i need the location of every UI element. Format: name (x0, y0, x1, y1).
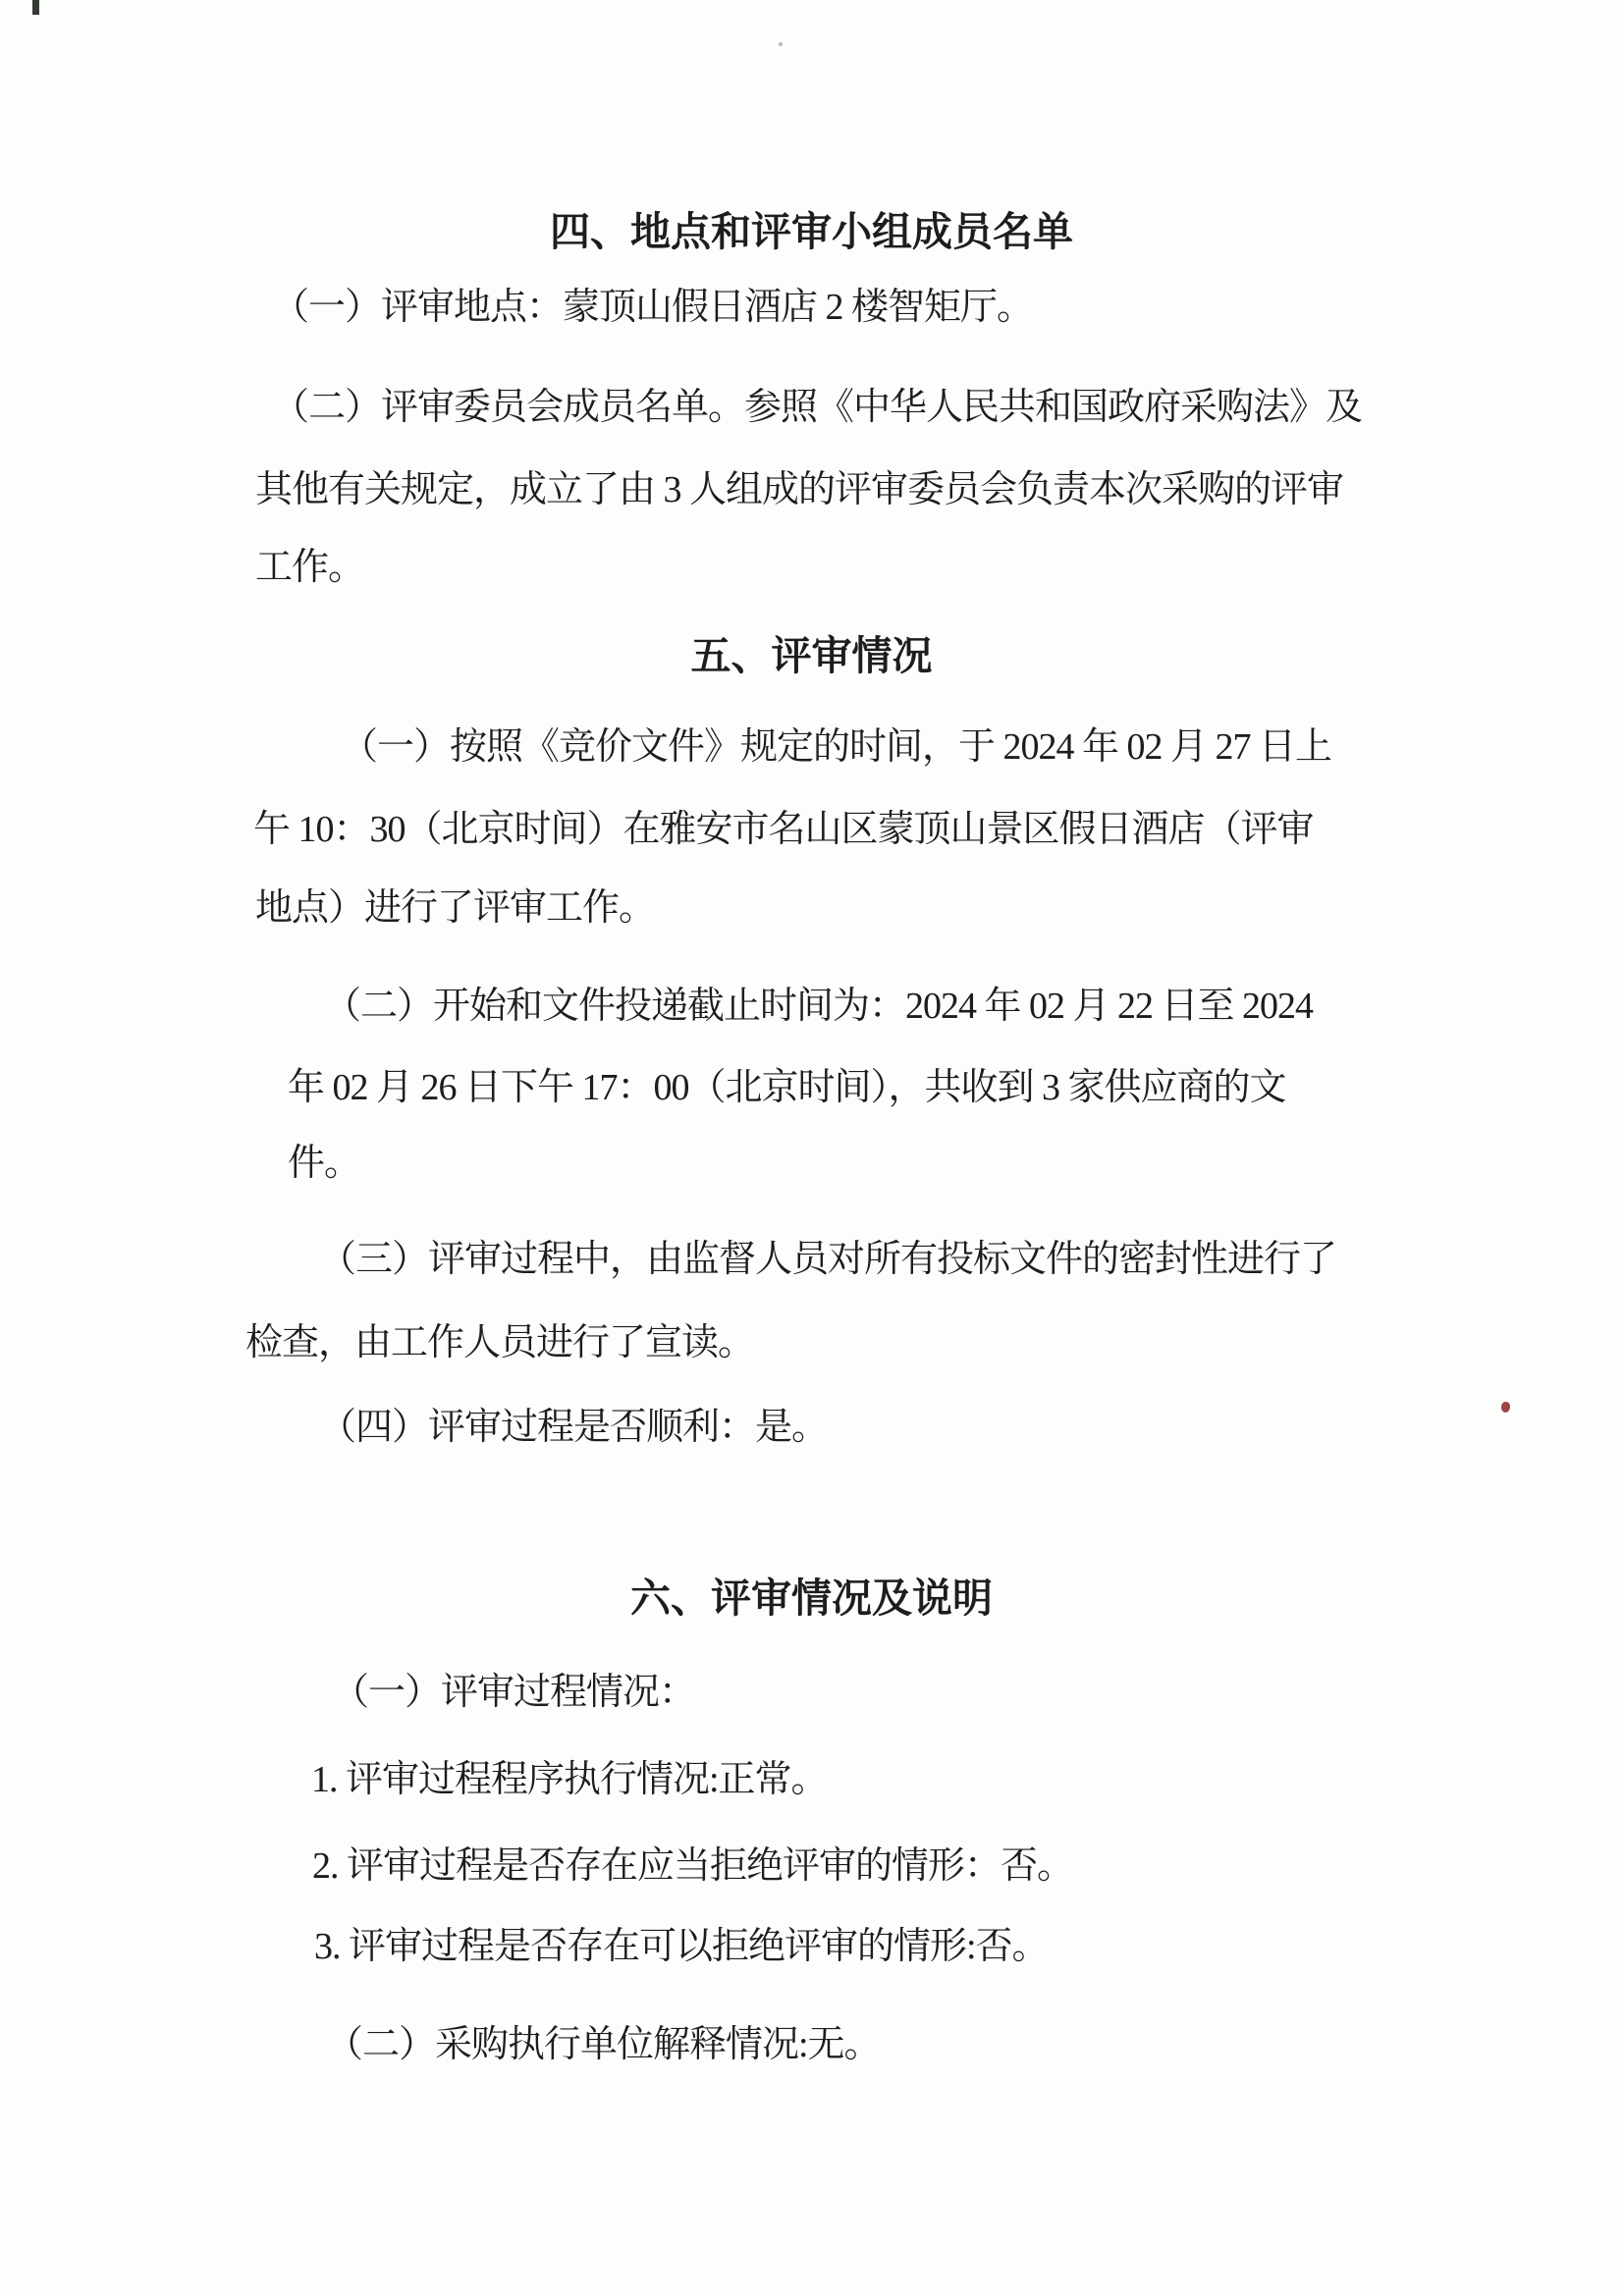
doc-line: 地点）进行了评审工作。 (255, 886, 655, 930)
doc-line: 午 10：30（北京时间）在雅安市名山区蒙顶山景区假日酒店（评审 (253, 808, 1314, 851)
doc-line: （一）评审过程情况： (332, 1671, 695, 1714)
doc-line: 1. 评审过程程序执行情况:正常。 (311, 1758, 828, 1801)
doc-line: （二）开始和文件投递截止时间为：2024 年 02 月 22 日至 2024 (324, 985, 1313, 1028)
scan-artifact-speck (779, 42, 783, 46)
doc-line: （一）评审地点：蒙顶山假日酒店 2 楼智矩厅。 (272, 286, 1033, 329)
doc-line: 其他有关规定，成立了由 3 人组成的评审委员会负责本次采购的评审 (255, 468, 1343, 511)
scanned-document-page: 四、地点和评审小组成员名单 （一）评审地点：蒙顶山假日酒店 2 楼智矩厅。 （二… (0, 0, 1623, 2296)
doc-line: （一）按照《竞价文件》规定的时间，于 2024 年 02 月 27 日上 (341, 725, 1331, 769)
section-heading-location-and-panel: 四、地点和评审小组成员名单 (0, 210, 1623, 253)
scan-artifact-corner-mark (32, 0, 39, 15)
doc-line: 检查，由工作人员进行了宣读。 (245, 1321, 754, 1364)
scan-artifact-red-dot (1501, 1402, 1510, 1413)
doc-line: （四）评审过程是否顺利：是。 (319, 1406, 828, 1449)
doc-line: 件。 (288, 1142, 360, 1185)
doc-line: 工作。 (255, 546, 364, 589)
doc-line: 2. 评审过程是否存在应当拒绝评审的情形：否。 (312, 1844, 1073, 1888)
doc-line: 年 02 月 26 日下午 17：00（北京时间），共收到 3 家供应商的文 (288, 1066, 1286, 1109)
doc-line: （二）采购执行单位解释情况:无。 (326, 2023, 881, 2066)
section-heading-review-situation: 五、评审情况 (0, 634, 1623, 677)
doc-line: （三）评审过程中，由监督人员对所有投标文件的密封性进行了 (319, 1238, 1336, 1281)
doc-line: 3. 评审过程是否存在可以拒绝评审的情形:否。 (314, 1925, 1049, 1968)
section-heading-review-notes: 六、评审情况及说明 (0, 1576, 1623, 1620)
doc-line: （二）评审委员会成员名单。参照《中华人民共和国政府采购法》及 (272, 386, 1362, 429)
